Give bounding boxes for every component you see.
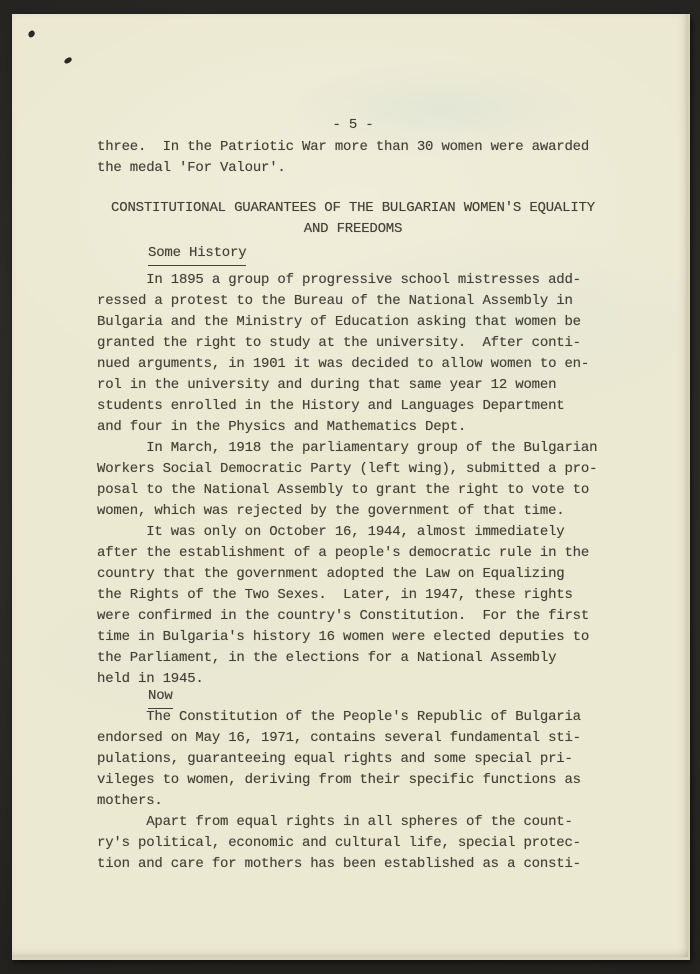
subheading-some-history-text: Some History	[148, 243, 246, 266]
page-number: - 5 -	[97, 115, 609, 136]
subheading-now: Now	[148, 686, 173, 709]
history-paragraphs: In 1895 a group of progressive school mi…	[97, 270, 597, 690]
document-page: - 5 - three. In the Patriotic War more t…	[12, 14, 690, 960]
ink-speck	[27, 30, 36, 39]
continuation-paragraph: three. In the Patriotic War more than 30…	[97, 137, 589, 179]
now-paragraphs: The Constitution of the People's Republi…	[97, 707, 581, 875]
section-heading: CONSTITUTIONAL GUARANTEES OF THE BULGARI…	[90, 198, 616, 240]
scan-background: - 5 - three. In the Patriotic War more t…	[0, 0, 700, 974]
subheading-some-history: Some History	[148, 243, 246, 266]
subheading-now-text: Now	[148, 686, 173, 709]
ink-speck	[63, 57, 72, 65]
